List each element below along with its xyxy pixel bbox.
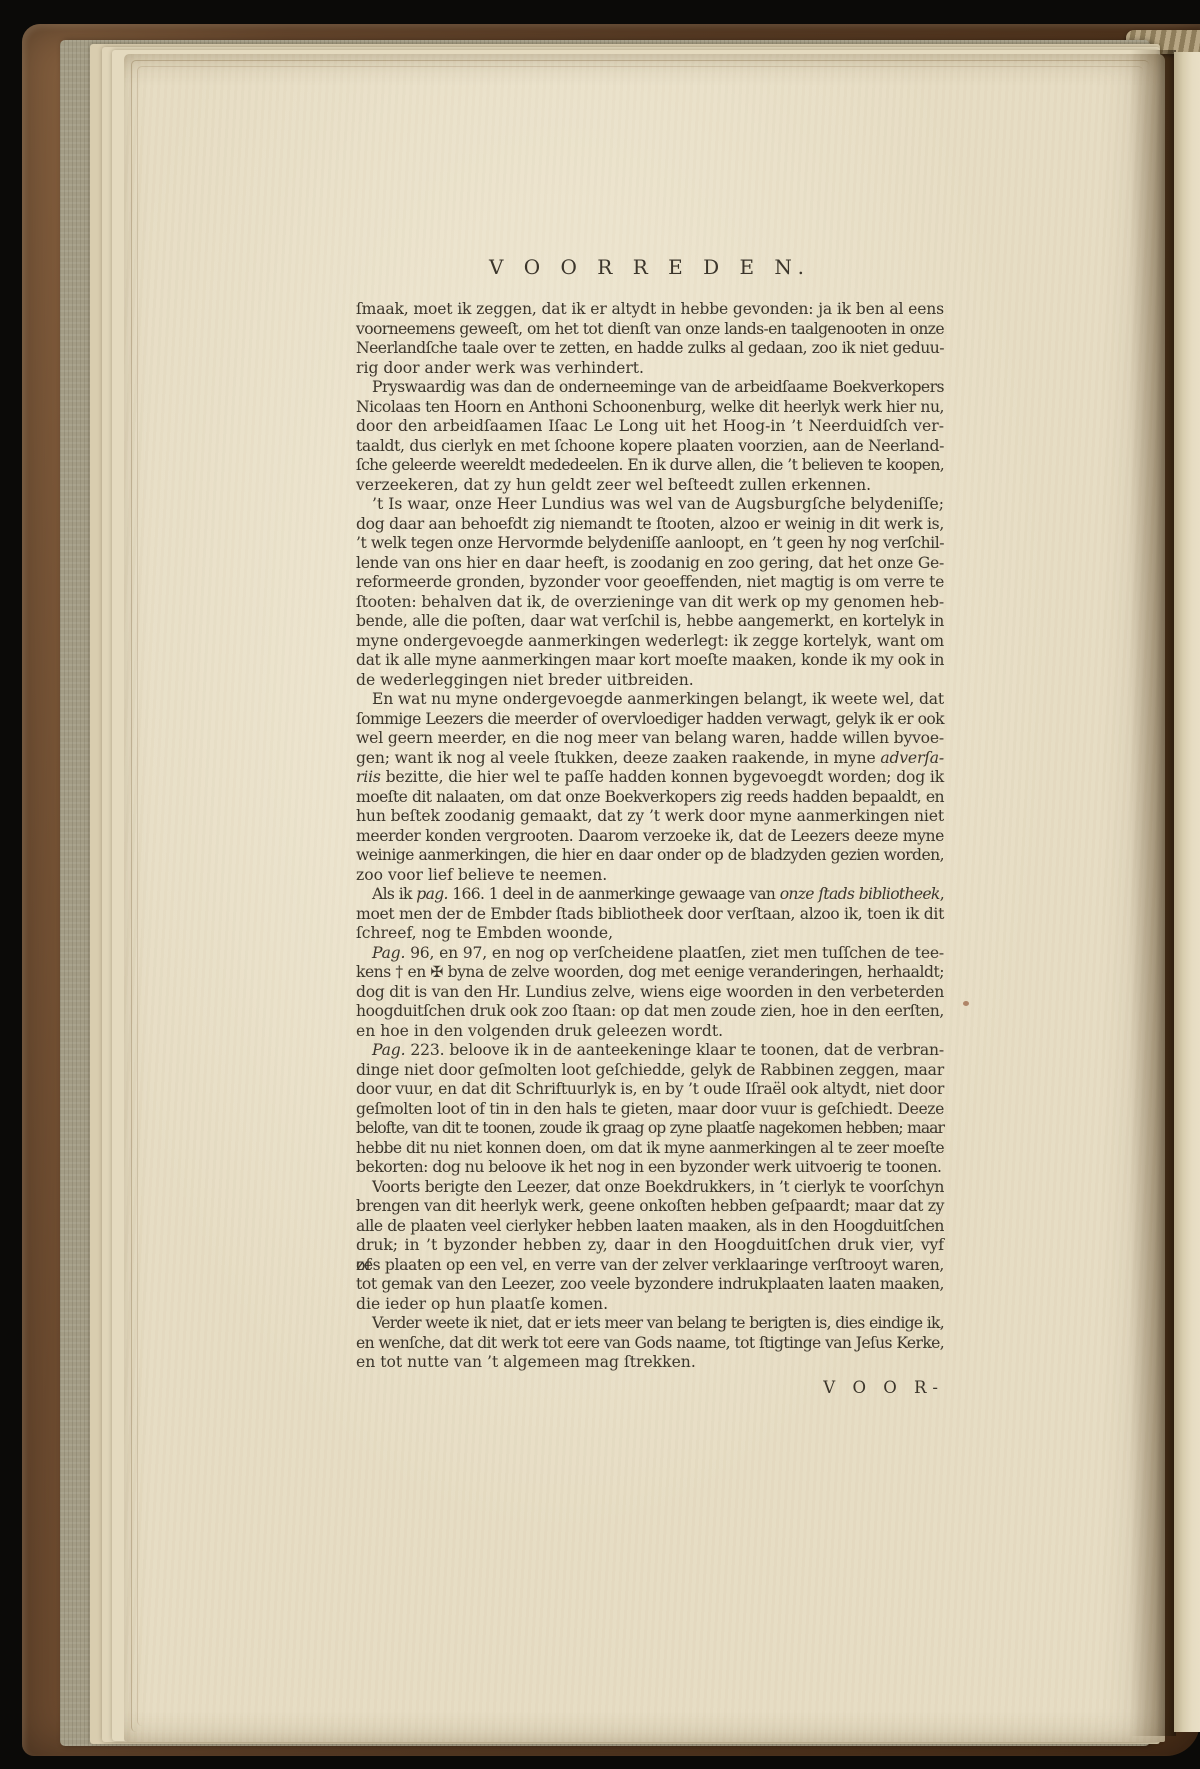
- text-line: Als ik pag. 166. 1 deel in de aanmerking…: [356, 885, 944, 905]
- text-line: gen; want ik nog al veele ſtukken, deeze…: [356, 749, 944, 769]
- text-line: reformeerde gronden, byzonder voor geoef…: [356, 573, 944, 593]
- text-line: Voorts berigte den Leezer, dat onze Boek…: [356, 1178, 944, 1198]
- stain-speck: [963, 1001, 969, 1006]
- text-line: druk; in ’t byzonder hebben zy, daar in …: [356, 1236, 944, 1256]
- text-line: en tot nutte van ’t algemeen mag ſtrekke…: [356, 1353, 944, 1373]
- text-line: ſchreef, nog te Embden woonde,: [356, 924, 944, 944]
- photo-backdrop: V O O R R E D E N. ſmaak, moet ik zeggen…: [0, 0, 1200, 1769]
- text-line: meerder konden vergrooten. Daarom verzoe…: [356, 827, 944, 847]
- text-line: zoo voor lief believe te neemen.: [356, 866, 944, 886]
- text-line: dinge niet door geſmolten loot geſchiedd…: [356, 1061, 944, 1081]
- text-line: moeſte dit nalaaten, om dat onze Boekver…: [356, 788, 944, 808]
- text-line: Pag. 223. beloove ik in de aanteekeninge…: [356, 1041, 944, 1061]
- text-line: taaldt, dus cierlyk en met ſchoone koper…: [356, 437, 944, 457]
- catchword: V O O R-: [356, 1378, 944, 1397]
- text-line: voorneemens geweeſt, om het tot dienſt v…: [356, 320, 944, 340]
- paragraph: ’t Is waar, onze Heer Lundius was wel va…: [356, 495, 944, 690]
- text-line: geſmolten loot of tin in den hals te gie…: [356, 1100, 944, 1120]
- paragraph: ſmaak, moet ik zeggen, dat ik er altydt …: [356, 300, 944, 378]
- text-line: verzeekeren, dat zy hun geldt zeer wel b…: [356, 476, 944, 496]
- text-line: rig door ander werk was verhindert.: [356, 359, 944, 379]
- text-line: Pryswaardig was dan de onderneeminge van…: [356, 378, 944, 398]
- facing-page-edge: [1174, 52, 1200, 1732]
- text-line: alle de plaaten veel cierlyker hebben la…: [356, 1217, 944, 1237]
- paragraph: Verder weete ik niet, dat er iets meer v…: [356, 1314, 944, 1373]
- text-line: wel geern meerder, en die nog meer van b…: [356, 729, 944, 749]
- text-line: dat ik alle myne aanmerkingen maar kort …: [356, 651, 944, 671]
- text-line: weinige aanmerkingen, die hier en daar o…: [356, 846, 944, 866]
- text-line: Nicolaas ten Hoorn en Anthoni Schoonenbu…: [356, 398, 944, 418]
- text-line: zes plaaten op een vel, en verre van der…: [356, 1256, 944, 1276]
- text-line: door den arbeidſaamen Iſaac Le Long uit …: [356, 417, 944, 437]
- text-line: ſmaak, moet ik zeggen, dat ik er altydt …: [356, 300, 944, 320]
- text-block: V O O R R E D E N. ſmaak, moet ik zeggen…: [356, 255, 944, 1397]
- paragraph: Pag. 96, en 97, en nog op verſcheidene p…: [356, 944, 944, 1042]
- text-line: ſche geleerde weereldt mededeelen. En ik…: [356, 456, 944, 476]
- text-line: Neerlandſche taale over te zetten, en ha…: [356, 339, 944, 359]
- paragraph: Als ik pag. 166. 1 deel in de aanmerking…: [356, 885, 944, 944]
- text-line: myne ondergevoegde aanmerkingen wederleg…: [356, 632, 944, 652]
- text-line: de wederleggingen niet breder uitbreiden…: [356, 671, 944, 691]
- book-page: V O O R R E D E N. ſmaak, moet ik zeggen…: [124, 54, 1165, 1742]
- text-line: lende van ons hier en daar heeft, is zoo…: [356, 554, 944, 574]
- text-line: hoogduitſchen druk ook zoo ſtaan: op dat…: [356, 1002, 944, 1022]
- text-line: hebbe dit nu niet konnen doen, om dat ik…: [356, 1139, 944, 1159]
- text-line: die ieder op hun plaatſe komen.: [356, 1295, 944, 1315]
- paragraph: Voorts berigte den Leezer, dat onze Boek…: [356, 1178, 944, 1315]
- text-line: ſommige Leezers die meerder of overvloed…: [356, 710, 944, 730]
- paragraph: Pryswaardig was dan de onderneeminge van…: [356, 378, 944, 495]
- text-line: ’t Is waar, onze Heer Lundius was wel va…: [356, 495, 944, 515]
- text-line: bekorten: dog nu beloove ik het nog in e…: [356, 1158, 944, 1178]
- text-line: bende, alle die poſten, daar wat verſchi…: [356, 612, 944, 632]
- text-line: belofte, van dit te toonen, zoude ik gra…: [356, 1119, 944, 1139]
- text-line: ’t welk tegen onze Hervormde belydeniſſe…: [356, 534, 944, 554]
- text-line: dog daar aan behoefdt zig niemandt te ſt…: [356, 515, 944, 535]
- text-line: hun beſtek zoodanig gemaakt, dat zy ’t w…: [356, 807, 944, 827]
- text-line: Pag. 96, en 97, en nog op verſcheidene p…: [356, 944, 944, 964]
- body-text: ſmaak, moet ik zeggen, dat ik er altydt …: [356, 300, 944, 1373]
- text-line: dog dit is van den Hr. Lundius zelve, wi…: [356, 983, 944, 1003]
- gutter-crease: [1130, 50, 1176, 1736]
- text-line: En wat nu myne ondergevoegde aanmerkinge…: [356, 690, 944, 710]
- text-line: door vuur, en dat dit Schriftuurlyk is, …: [356, 1080, 944, 1100]
- text-line: Verder weete ik niet, dat er iets meer v…: [356, 1314, 944, 1334]
- text-line: tot gemak van den Leezer, zoo veele byzo…: [356, 1275, 944, 1295]
- paragraph: En wat nu myne ondergevoegde aanmerkinge…: [356, 690, 944, 885]
- text-line: en wenſche, dat dit werk tot eere van Go…: [356, 1334, 944, 1354]
- text-line: riis bezitte, die hier wel te paſſe hadd…: [356, 768, 944, 788]
- text-line: kens † en ✠ byna de zelve woorden, dog m…: [356, 963, 944, 983]
- paragraph: Pag. 223. beloove ik in de aanteekeninge…: [356, 1041, 944, 1178]
- text-line: ſtooten: behalven dat ik, de overziening…: [356, 593, 944, 613]
- text-line: en hoe in den volgenden druk geleezen wo…: [356, 1022, 944, 1042]
- page-header: V O O R R E D E N.: [356, 255, 944, 279]
- text-line: moet men der de Embder ſtads bibliotheek…: [356, 905, 944, 925]
- text-line: brengen van dit heerlyk werk, geene onko…: [356, 1197, 944, 1217]
